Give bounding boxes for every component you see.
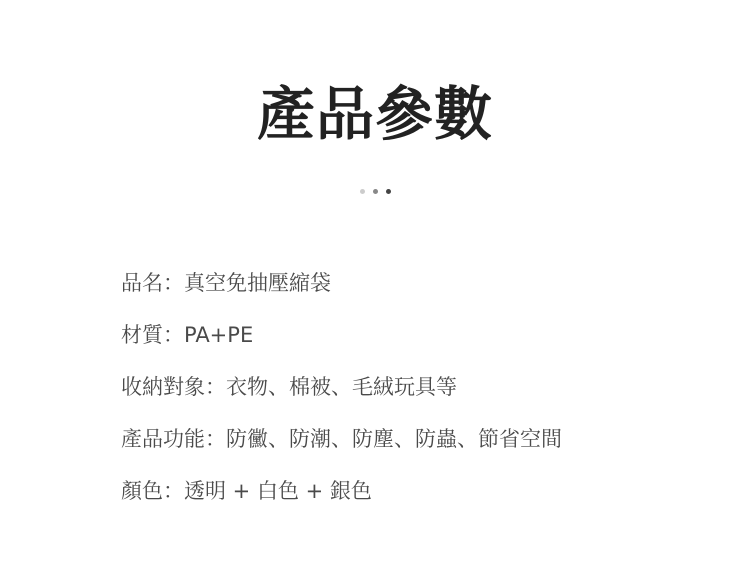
param-row-material: 材質：PA+PE: [121, 320, 562, 372]
param-value: 真空免抽壓縮袋: [184, 271, 331, 295]
param-label: 顏色：: [121, 479, 184, 503]
param-label: 品名：: [121, 271, 184, 295]
param-label: 收納對象：: [121, 375, 226, 399]
product-params-list: 品名：真空免抽壓縮袋 材質：PA+PE 收納對象：衣物、棉被、毛絨玩具等 產品功…: [121, 268, 562, 528]
page-title: 產品參數: [0, 78, 750, 150]
param-row-functions: 產品功能：防黴、防潮、防塵、防蟲、節省空間: [121, 424, 562, 476]
param-row-name: 品名：真空免抽壓縮袋: [121, 268, 562, 320]
param-value: 透明 + 白色 + 銀色: [184, 479, 372, 503]
param-label: 產品功能：: [121, 427, 226, 451]
param-label: 材質：: [121, 323, 184, 347]
dot-1: [360, 189, 365, 194]
param-value: PA+PE: [184, 323, 253, 347]
param-value: 衣物、棉被、毛絨玩具等: [226, 375, 457, 399]
param-row-colors: 顏色：透明 + 白色 + 銀色: [121, 476, 562, 528]
param-row-storage-targets: 收納對象：衣物、棉被、毛絨玩具等: [121, 372, 562, 424]
dot-2: [373, 189, 378, 194]
dot-3: [386, 189, 391, 194]
param-value: 防黴、防潮、防塵、防蟲、節省空間: [226, 427, 562, 451]
pagination-dots: [0, 189, 750, 194]
